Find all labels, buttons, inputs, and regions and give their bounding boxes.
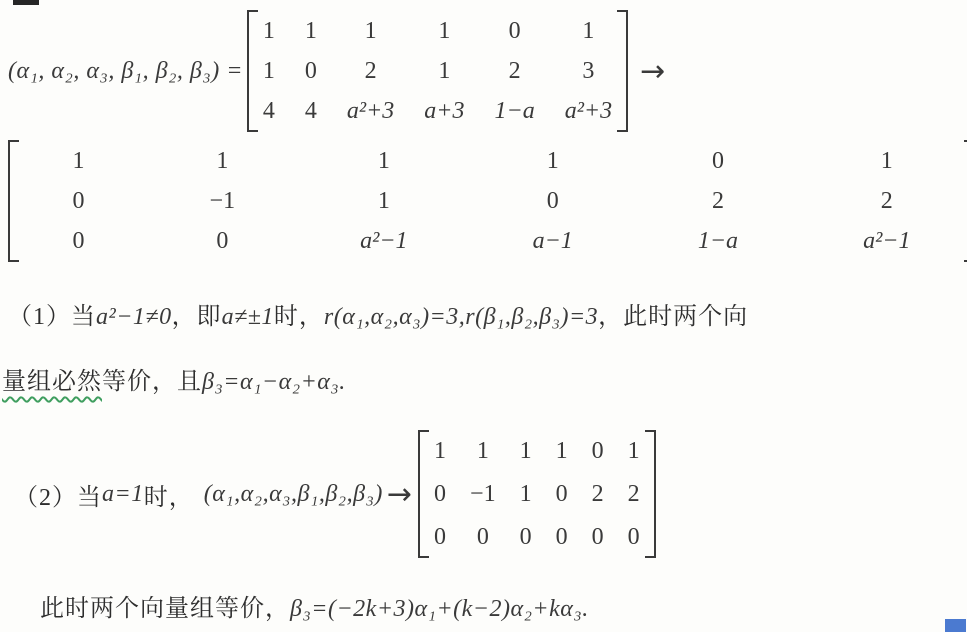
matrix-cell: 1 [263, 16, 275, 46]
matrix-cell: a+3 [424, 96, 464, 126]
case1-math3: r(α₁,α₂,α₃)=3,r(β₁,β₂,β₃)=3 [324, 304, 598, 330]
case1-line2-underlined: 量组必然 [2, 369, 102, 395]
matrix-cell: a²+3 [347, 96, 394, 126]
matrix-cell: 0 [434, 479, 446, 509]
case2-prefix: （2）当 [14, 477, 102, 512]
matrix-cell: 1 [556, 436, 568, 466]
matrix-cell: 1−a [698, 226, 738, 256]
matrix-cell: 1 [628, 436, 640, 466]
matrix-cell: −1 [470, 479, 496, 509]
matrix-cell: 1 [547, 146, 559, 176]
matrix-2: 1111010−1102200a²−1a−11−aa²−1 [8, 140, 967, 262]
matrix-cell: 1 [477, 436, 489, 466]
matrix-cell: 1 [378, 186, 390, 216]
matrix-cell: 0 [520, 522, 532, 552]
matrix-cell: 0 [592, 522, 604, 552]
matrix-cell: 0 [509, 16, 521, 46]
matrix-cell: 0 [628, 522, 640, 552]
matrix-cell: 2 [712, 186, 724, 216]
conclusion-text: 此时两个向量组等价， [40, 596, 290, 622]
conclusion-math: β₃=(−2k+3)α₁+(k−2)α₂+kα₃. [290, 596, 589, 622]
matrix-cell: 0 [73, 186, 85, 216]
case1-line2: 量组必然等价，且β₃=α₁−α₂+α₃. [2, 361, 346, 396]
case2-mid: 时， [144, 477, 194, 512]
matrix-cell: 3 [582, 56, 594, 86]
equation1-lhs: (α₁, α₂, α₃, β₁, β₂, β₃) = [8, 58, 243, 85]
matrix-cell: a²+3 [565, 96, 612, 126]
matrix-equation-1: (α₁, α₂, α₃, β₁, β₂, β₃) = 1111011021234… [8, 10, 665, 132]
matrix-3: 1111010−11022000000 [418, 430, 656, 558]
matrix-cell: 2 [881, 186, 893, 216]
arrow-right-icon: → [387, 477, 412, 512]
matrix-cell: 1 [378, 146, 390, 176]
case1-line1: （1）当a²−1≠0，即a≠±1时，r(α₁,α₂,α₃)=3,r(β₁,β₂,… [8, 296, 748, 331]
case1-math2: a≠±1 [222, 304, 274, 330]
matrix-cell: 0 [547, 186, 559, 216]
case1-mid2: 时， [274, 304, 324, 330]
matrix-cell: 1 [216, 146, 228, 176]
document: (α₁, α₂, α₃, β₁, β₂, β₃) = 1111011021234… [0, 0, 967, 632]
topleft-dark-mark [13, 0, 39, 5]
matrix-cell: 0 [592, 436, 604, 466]
matrix-cell: 1 [434, 436, 446, 466]
matrix-cell: a²−1 [863, 226, 910, 256]
case1-line2-math: β₃=α₁−α₂+α₃. [202, 369, 346, 395]
matrix-cell: 4 [263, 96, 275, 126]
matrix-cell: 1 [365, 16, 377, 46]
matrix-cell: 0 [434, 522, 446, 552]
matrix-cell: a−1 [533, 226, 573, 256]
matrix-cell: 2 [592, 479, 604, 509]
matrix-cell: 2 [365, 56, 377, 86]
matrix-1: 11110110212344a²+3a+31−aa²+3 [247, 10, 628, 132]
arrow-right-icon: → [640, 54, 665, 89]
resize-handle[interactable] [945, 619, 966, 632]
matrix-cell: −1 [210, 186, 236, 216]
matrix-cell: 1−a [495, 96, 535, 126]
matrix-cell: 0 [556, 522, 568, 552]
case1-line2-text: 等价，且 [102, 369, 202, 395]
matrix-cell: 2 [628, 479, 640, 509]
matrix-cell: 0 [712, 146, 724, 176]
matrix-cell: 1 [263, 56, 275, 86]
matrix-cell: 0 [556, 479, 568, 509]
case1-mid1: ，即 [172, 304, 222, 330]
case1-prefix: （1）当 [8, 304, 96, 330]
conclusion-line: 此时两个向量组等价，β₃=(−2k+3)α₁+(k−2)α₂+kα₃. [40, 588, 589, 623]
matrix-cell: 1 [520, 436, 532, 466]
matrix-cell: 0 [477, 522, 489, 552]
matrix-cell: 0 [216, 226, 228, 256]
matrix-cell: 1 [582, 16, 594, 46]
case1-math1: a²−1≠0 [96, 304, 172, 330]
case2-math2: (α₁,α₂,α₃,β₁,β₂,β₃) [204, 481, 383, 508]
matrix-cell: 4 [305, 96, 317, 126]
matrix-cell: a²−1 [360, 226, 407, 256]
matrix-cell: 1 [881, 146, 893, 176]
matrix-cell: 1 [520, 479, 532, 509]
case2-math1: a=1 [102, 481, 144, 508]
case2-equation: （2）当a=1时，(α₁,α₂,α₃,β₁,β₂,β₃) → 1111010−1… [14, 430, 656, 558]
matrix-cell: 1 [73, 146, 85, 176]
case1-suffix: ，此时两个向 [598, 304, 748, 330]
matrix-cell: 2 [509, 56, 521, 86]
matrix-cell: 1 [438, 56, 450, 86]
matrix-cell: 1 [438, 16, 450, 46]
matrix-cell: 1 [305, 16, 317, 46]
matrix-cell: 0 [305, 56, 317, 86]
matrix-cell: 0 [73, 226, 85, 256]
